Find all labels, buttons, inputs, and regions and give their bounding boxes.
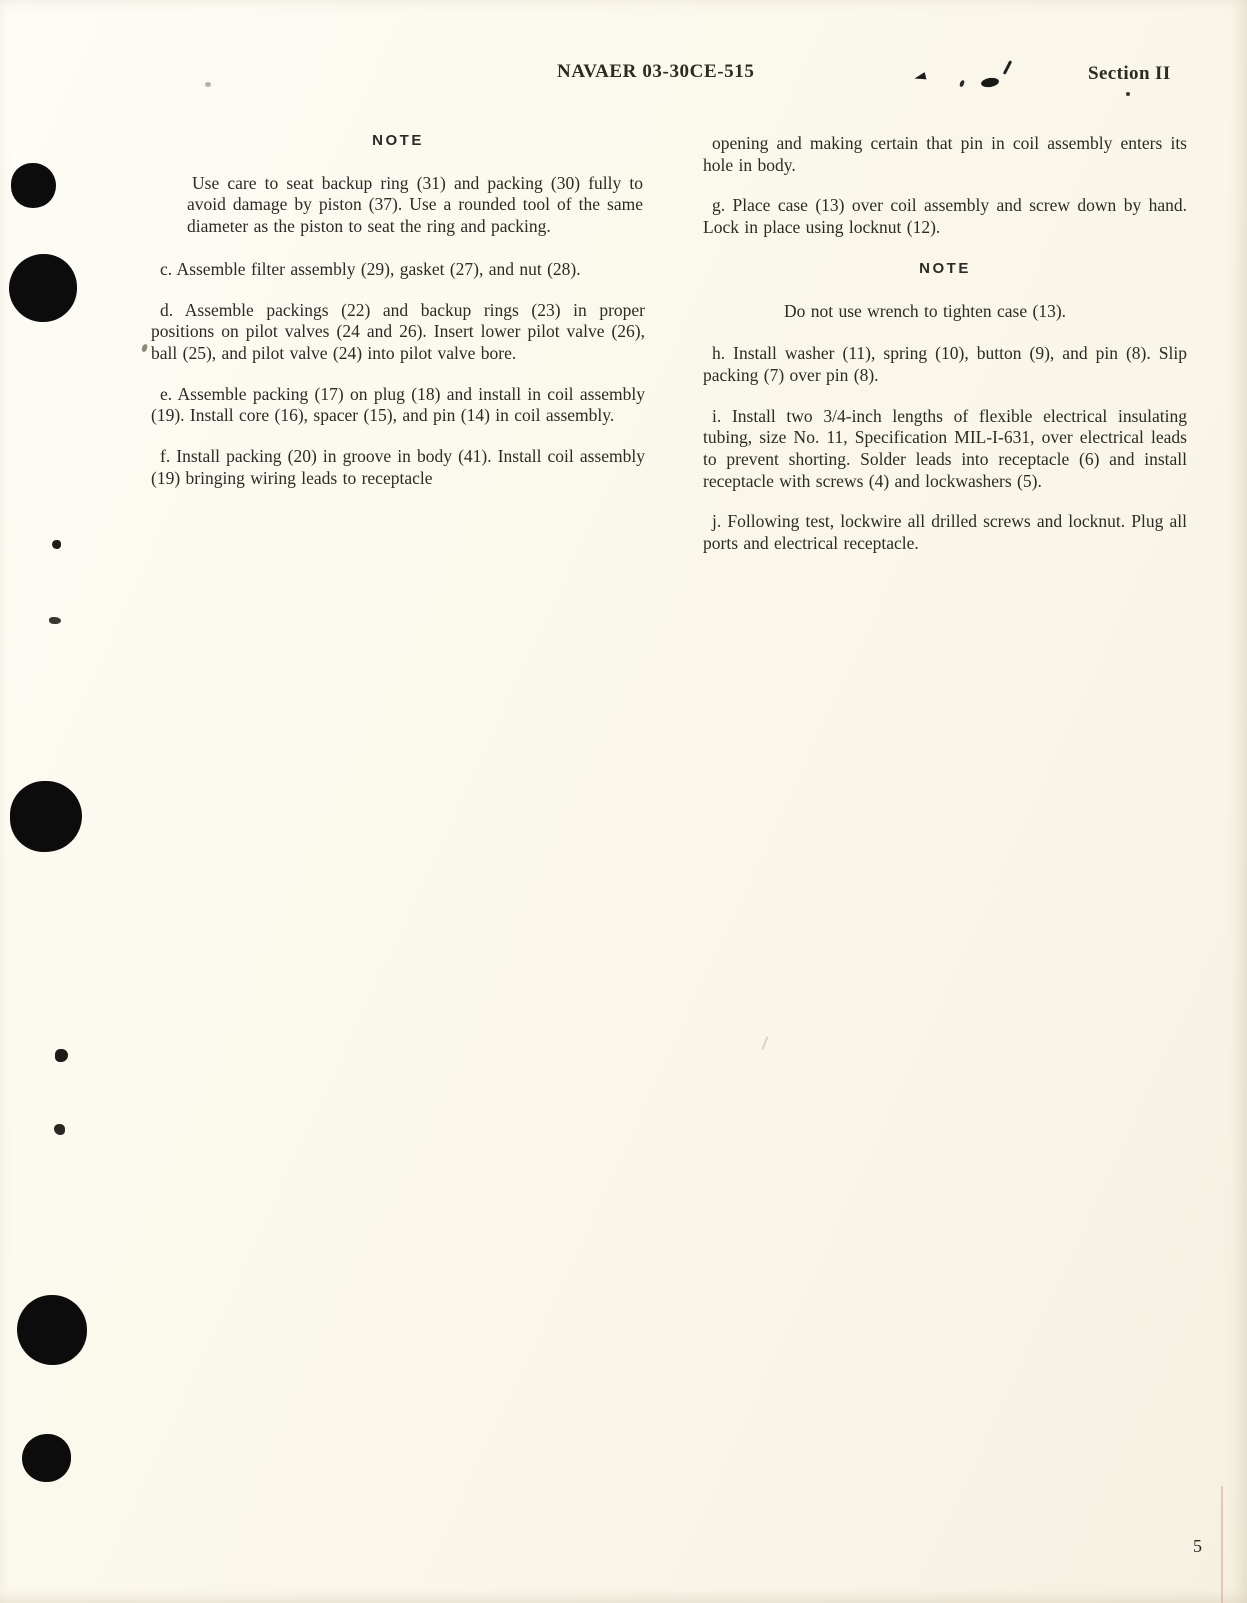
section-label: Section II bbox=[1088, 63, 1171, 85]
note-heading: NOTE bbox=[151, 130, 645, 152]
note-paragraph: Use care to seat backup ring (31) and pa… bbox=[187, 173, 643, 238]
document-number: NAVAER 03-30CE-515 bbox=[557, 61, 754, 83]
ink-speck bbox=[205, 82, 211, 87]
scanned-manual-page: NAVAER 03-30CE-515 ◄ Section II NOTE Use… bbox=[0, 0, 1247, 1603]
paragraph-c: c. Assemble filter assembly (29), gasket… bbox=[151, 259, 645, 281]
paragraph-i: i. Install two 3/4-inch lengths of flexi… bbox=[703, 406, 1187, 493]
page-number: 5 bbox=[1193, 1536, 1202, 1557]
paragraph-g: g. Place case (13) over coil assembly an… bbox=[703, 195, 1187, 238]
pen-mark-tick-icon bbox=[1003, 60, 1012, 75]
binder-hole-dot bbox=[11, 163, 56, 208]
paragraph-d: d. Assemble packings (22) and backup rin… bbox=[151, 300, 645, 365]
paragraph-f: f. Install packing (20) in groove in bod… bbox=[151, 446, 645, 489]
ink-speck bbox=[55, 1049, 68, 1062]
ink-speck bbox=[49, 617, 61, 624]
binder-hole-dot bbox=[22, 1434, 71, 1482]
binder-hole-dot bbox=[17, 1295, 87, 1365]
paragraph-h: h. Install washer (11), spring (10), but… bbox=[703, 343, 1187, 386]
page-edge-line bbox=[1221, 1486, 1223, 1603]
scan-scratch-mark bbox=[761, 1036, 768, 1050]
ink-speck bbox=[54, 1124, 65, 1135]
binder-hole-dot bbox=[9, 254, 77, 322]
paragraph-j: j. Following test, lockwire all drilled … bbox=[703, 511, 1187, 554]
ink-speck bbox=[1126, 92, 1130, 96]
paragraph-f-continued: opening and making certain that pin in c… bbox=[703, 133, 1187, 176]
pen-mark-dot-icon bbox=[980, 77, 999, 89]
note-heading: NOTE bbox=[703, 258, 1187, 280]
note-paragraph: Do not use wrench to tighten case (13). bbox=[703, 301, 1147, 323]
ink-speck bbox=[52, 540, 61, 549]
pen-mark-arrow-icon: ◄ bbox=[912, 66, 928, 86]
pen-mark-comma-icon bbox=[959, 80, 965, 88]
left-text-column: NOTE Use care to seat backup ring (31) a… bbox=[151, 122, 645, 489]
paragraph-e: e. Assemble packing (17) on plug (18) an… bbox=[151, 384, 645, 427]
right-text-column: opening and making certain that pin in c… bbox=[703, 133, 1187, 555]
ink-speck bbox=[141, 343, 148, 352]
binder-hole-dot bbox=[10, 781, 82, 852]
